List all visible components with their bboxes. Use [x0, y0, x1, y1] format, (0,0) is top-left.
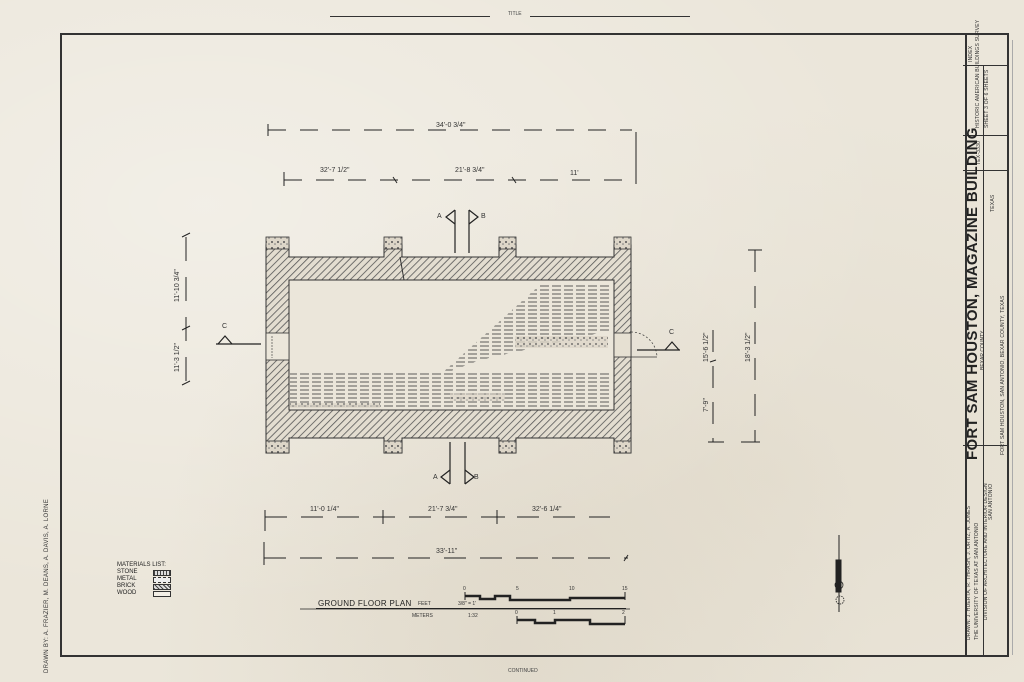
dim-left-upper: 11'-10 3/4"	[174, 269, 181, 302]
plan-title-underline	[316, 608, 626, 609]
left-dimensions	[182, 233, 190, 385]
section-label-c-left: C	[222, 323, 227, 330]
scale-feet-label: FEET	[418, 601, 431, 607]
dim-bottom-overall: 33'-11"	[436, 548, 457, 555]
scale-feet-tick: 10	[569, 586, 575, 592]
legend-item: WOOD	[117, 590, 171, 597]
section-label-a-top: A	[437, 213, 442, 220]
metal-swatch-icon	[153, 577, 171, 583]
dim-top-overall: 34'-0 3/4"	[436, 122, 466, 129]
wood-swatch-icon	[153, 591, 171, 597]
north-arrow-icon	[835, 535, 844, 612]
scale-meters-ratio: 1:32	[468, 613, 478, 619]
dim-top-seg1: 32'-7 1/2"	[320, 167, 350, 174]
section-label-b-top: B	[481, 213, 486, 220]
section-label-b-bottom: B	[474, 474, 479, 481]
brick-swatch-icon	[153, 584, 171, 590]
dim-right-overall: 18'-3 1/2"	[745, 332, 752, 362]
dim-bottom-seg1: 11'-0 1/4"	[310, 506, 339, 513]
dim-bottom-seg2: 21'-7 3/4"	[428, 506, 458, 513]
dim-right-door: 15'-6 1/2"	[703, 332, 710, 362]
scale-meters-label: METERS	[412, 613, 433, 619]
legend-title: MATERIALS LIST:	[117, 562, 171, 569]
plan-title: GROUND FLOOR PLAN	[318, 599, 412, 608]
scale-meters-tick: 0	[515, 610, 518, 616]
section-label-a-bottom: A	[433, 474, 438, 481]
dim-top-seg3: 11'	[570, 170, 579, 177]
scale-meters-tick: 1	[553, 610, 556, 616]
section-cut-ab-bottom	[441, 442, 474, 484]
scale-feet-ratio: 3/8" = 1'	[458, 601, 476, 607]
stone-swatch-icon	[153, 570, 171, 576]
section-label-c-right: C	[669, 329, 674, 336]
legend-item: STONE	[117, 569, 171, 576]
scale-feet-tick: 5	[516, 586, 519, 592]
top-dimensions	[268, 124, 636, 186]
dim-right-lower: 7'-9"	[703, 398, 710, 412]
drawing-sheet: TITLE CONTINUED DRAWN BY: A. FRAZIER, M.…	[0, 0, 1024, 682]
materials-legend: MATERIALS LIST: STONE METAL BRICK WOOD	[117, 562, 171, 597]
scale-feet-tick: 15	[622, 586, 628, 592]
legend-item: BRICK	[117, 583, 171, 590]
section-cut-ab-top	[446, 210, 478, 253]
bottom-dimensions	[264, 510, 628, 565]
dim-left-lower: 11'-3 1/2"	[174, 343, 181, 372]
dim-bottom-seg3: 32'-6 1/4"	[532, 506, 562, 513]
scale-feet-tick: 0	[463, 586, 466, 592]
scale-meters-tick: 2	[622, 610, 625, 616]
legend-item: METAL	[117, 576, 171, 583]
dim-top-seg2: 21'-8 3/4"	[455, 167, 485, 174]
right-dimensions	[708, 250, 762, 442]
